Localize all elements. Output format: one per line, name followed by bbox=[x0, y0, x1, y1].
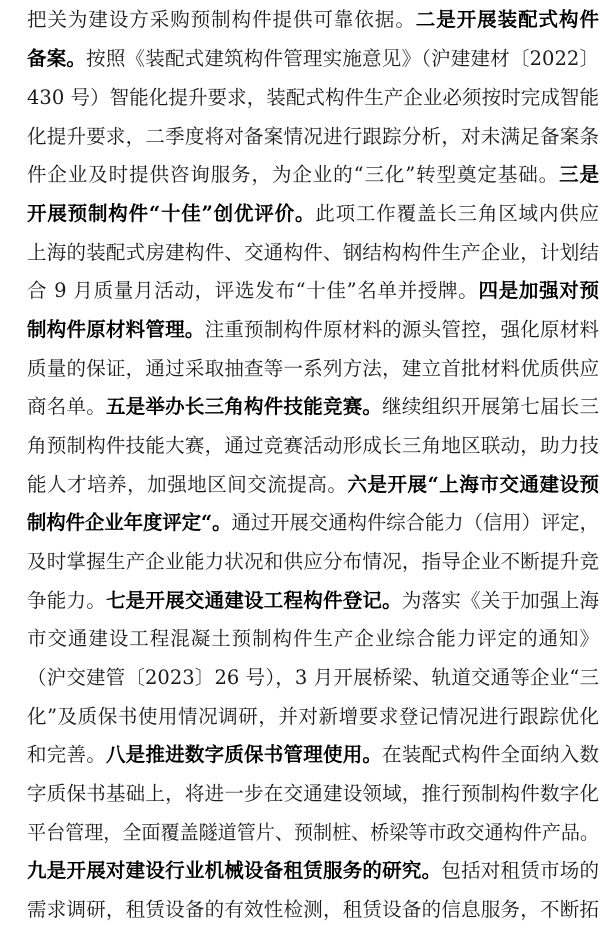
text-line: 争能力。七是开展交通建设工程构件登记。为落实《关于加强上海 bbox=[27, 586, 599, 616]
text-line: 角预制构件技能大赛，通过竞赛活动形成长三角地区联动，助力技 bbox=[27, 431, 599, 461]
body-text: 化提升要求，二季度将对备案情况进行跟踪分析，对未满足备案条 bbox=[27, 125, 599, 148]
document-page: 把关为建设方采购预制构件提供可靠依据。二是开展装配式构件备案。按照《装配式建筑构… bbox=[0, 0, 604, 927]
body-text: 市交通建设工程混凝土预制构件生产企业综合能力评定的通知》 bbox=[27, 627, 599, 650]
text-line: 及时掌握生产企业能力状况和供应分布情况，指导企业不断提升竞 bbox=[27, 547, 599, 577]
body-text: 商名单。 bbox=[27, 395, 106, 418]
text-line: 化提升要求，二季度将对备案情况进行跟踪分析，对未满足备案条 bbox=[27, 122, 599, 152]
body-text: 上海的装配式房建构件、交通构件、钢结构构件生产企业，计划结 bbox=[27, 241, 599, 264]
body-text: 角预制构件技能大赛，通过竞赛活动形成长三角地区联动，助力技 bbox=[27, 434, 599, 457]
text-line: 制构件企业年度评定“。通过开展交通构件综合能力（信用）评定， bbox=[27, 508, 599, 538]
text-line: 件企业及时提供咨询服务，为企业的“三化”转型奠定基础。三是 bbox=[27, 160, 599, 190]
text-line: 开展预制构件“十佳”创优评价。此项工作覆盖长三角区域内供应 bbox=[27, 199, 599, 229]
bold-heading-text: 开展预制构件“十佳”创优评价。 bbox=[27, 202, 315, 225]
text-line: 430 号）智能化提升要求，装配式构件生产企业必须按时完成智能 bbox=[27, 83, 599, 113]
body-text: 件企业及时提供咨询服务，为企业的“三化”转型奠定基础。 bbox=[27, 163, 559, 186]
text-line: 制构件原材料管理。注重预制构件原材料的源头管控，强化原材料 bbox=[27, 315, 599, 345]
text-line: 市交通建设工程混凝土预制构件生产企业综合能力评定的通知》 bbox=[27, 624, 599, 654]
bold-heading-text: 八是推进数字质保书管理使用。 bbox=[106, 743, 382, 766]
text-line: 把关为建设方采购预制构件提供可靠依据。二是开展装配式构件 bbox=[27, 5, 599, 35]
bold-heading-text: 四是加强对预 bbox=[479, 279, 600, 302]
text-line: 九是开展对建设行业机械设备租赁服务的研究。包括对租赁市场的 bbox=[27, 856, 599, 886]
text-line: 需求调研，租赁设备的有效性检测，租赁设备的信息服务，不断拓 bbox=[27, 895, 599, 925]
body-text: 平台管理，全面覆盖隧道管片、预制桩、桥梁等市政交通构件产品。 bbox=[27, 821, 599, 844]
bold-heading-text: 六是开展“上海市交通建设预 bbox=[347, 473, 599, 496]
text-line: 和完善。八是推进数字质保书管理使用。在装配式构件全面纳入数 bbox=[27, 740, 599, 770]
body-text: 包括对租赁市场的 bbox=[441, 859, 599, 882]
bold-heading-text: 制构件原材料管理。 bbox=[27, 318, 205, 341]
bold-heading-text: 三是 bbox=[559, 163, 599, 186]
text-line: 化”及质保书使用情况调研，并对新增要求登记情况进行跟踪优化 bbox=[27, 702, 599, 732]
body-text: 430 号）智能化提升要求，装配式构件生产企业必须按时完成智能 bbox=[27, 86, 599, 109]
text-line: 合 9 月质量月活动，评选发布“十佳”名单并授牌。四是加强对预 bbox=[27, 276, 599, 306]
bold-heading-text: 九是开展对建设行业机械设备租赁服务的研究。 bbox=[27, 859, 441, 882]
body-text: 和完善。 bbox=[27, 743, 106, 766]
body-text: 通过开展交通构件综合能力（信用）评定， bbox=[232, 511, 599, 534]
text-line: 字质保书基础上，将进一步在交通建设领域，推行预制构件数字化 bbox=[27, 779, 599, 809]
body-text: 注重预制构件原材料的源头管控，强化原材料 bbox=[205, 318, 599, 341]
text-line: 能人才培养，加强地区间交流提高。六是开展“上海市交通建设预 bbox=[27, 470, 599, 500]
body-text: 此项工作覆盖长三角区域内供应 bbox=[315, 202, 599, 225]
body-text: 需求调研，租赁设备的有效性检测，租赁设备的信息服务，不断拓 bbox=[27, 898, 599, 921]
text-line: 备案。按照《装配式建筑构件管理实施意见》（沪建建材〔2022〕 bbox=[27, 44, 599, 74]
bold-heading-text: 制构件企业年度评定“。 bbox=[27, 511, 232, 534]
body-text: 质量的保证，通过采取抽查等一系列方法，建立首批材料优质供应 bbox=[27, 357, 599, 380]
body-text: 继续组织开展第七届长三 bbox=[382, 395, 599, 418]
text-line: 平台管理，全面覆盖隧道管片、预制桩、桥梁等市政交通构件产品。 bbox=[27, 818, 599, 848]
bold-heading-text: 七是开展交通建设工程构件登记。 bbox=[106, 589, 402, 612]
body-text: 为落实《关于加强上海 bbox=[402, 589, 599, 612]
body-text: 能人才培养，加强地区间交流提高。 bbox=[27, 473, 347, 496]
bold-heading-text: 五是举办长三角构件技能竞赛。 bbox=[106, 395, 382, 418]
body-text: 争能力。 bbox=[27, 589, 106, 612]
text-line: 质量的保证，通过采取抽查等一系列方法，建立首批材料优质供应 bbox=[27, 354, 599, 384]
bold-heading-text: 二是开展装配式构件 bbox=[416, 8, 599, 31]
body-text: 按照《装配式建筑构件管理实施意见》（沪建建材〔2022〕 bbox=[86, 47, 599, 70]
body-text: （沪交建管〔2023〕26 号），3 月开展桥梁、轨道交通等企业“三 bbox=[27, 666, 599, 689]
bold-heading-text: 备案。 bbox=[27, 47, 86, 70]
text-line: 商名单。五是举办长三角构件技能竞赛。继续组织开展第七届长三 bbox=[27, 392, 599, 422]
body-text: 及时掌握生产企业能力状况和供应分布情况，指导企业不断提升竞 bbox=[27, 550, 599, 573]
body-text: 化”及质保书使用情况调研，并对新增要求登记情况进行跟踪优化 bbox=[27, 705, 599, 728]
text-line: 上海的装配式房建构件、交通构件、钢结构构件生产企业，计划结 bbox=[27, 238, 599, 268]
body-text: 在装配式构件全面纳入数 bbox=[382, 743, 599, 766]
body-text: 把关为建设方采购预制构件提供可靠依据。 bbox=[27, 8, 416, 31]
body-text: 字质保书基础上，将进一步在交通建设领域，推行预制构件数字化 bbox=[27, 782, 599, 805]
body-text: 合 9 月质量月活动，评选发布“十佳”名单并授牌。 bbox=[27, 279, 479, 302]
text-line: （沪交建管〔2023〕26 号），3 月开展桥梁、轨道交通等企业“三 bbox=[27, 663, 599, 693]
